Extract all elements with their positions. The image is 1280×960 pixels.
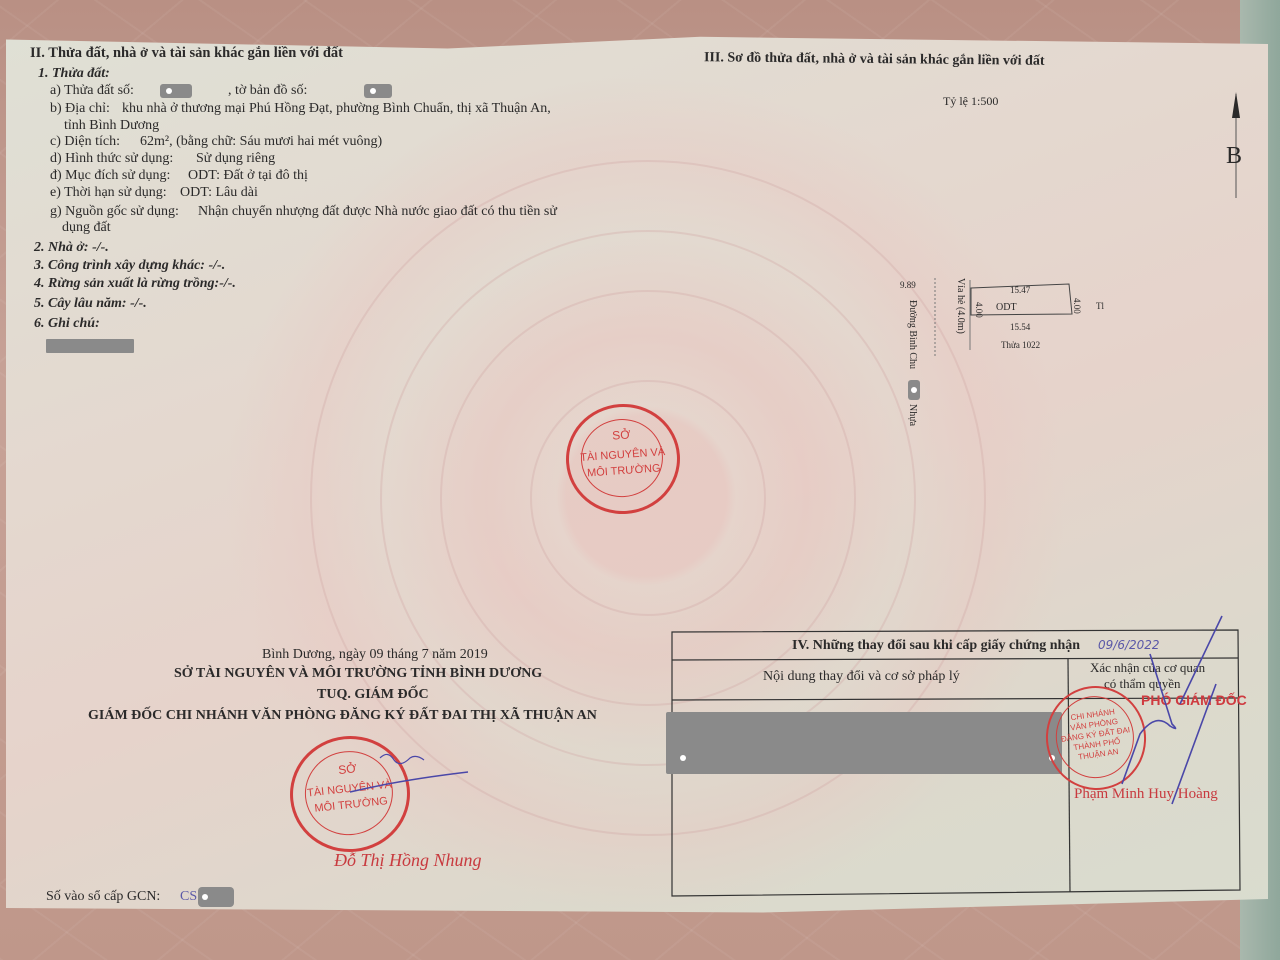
tuq-title: TUQ. GIÁM ĐỐC — [317, 687, 429, 703]
address-value-line2: tỉnh Bình Dương — [64, 118, 159, 134]
road-surface: Nhựa — [907, 404, 918, 426]
perennial-item: 5. Cây lâu năm: -/-. — [34, 296, 147, 312]
other-construction-item: 3. Công trình xây dựng khác: -/-. — [34, 258, 225, 274]
approver-name: Phạm Minh Huy Hoàng — [1074, 786, 1218, 803]
change-content-header: Nội dung thay đổi và cơ sở pháp lý — [763, 669, 960, 685]
usage-form-label: d) Hình thức sử dụng: — [50, 151, 173, 167]
usage-form-value: Sử dụng riêng — [196, 151, 275, 167]
usage-purpose-value: ODT: Đất ở tại đô thị — [188, 168, 308, 184]
road-edge-line — [930, 278, 940, 358]
handwritten-signature-right — [1110, 614, 1230, 814]
address-label: b) Địa chỉ: — [50, 101, 110, 117]
top-length: 15.47 — [1010, 285, 1030, 295]
usage-term-label: e) Thời hạn sử dụng: — [50, 185, 167, 201]
redacted-change-content — [666, 712, 1062, 774]
origin-value: Nhận chuyển nhượng đất được Nhà nước gia… — [198, 204, 557, 220]
north-label: B — [1226, 143, 1242, 170]
area-label: c) Diện tích: — [50, 134, 120, 150]
director-title: GIÁM ĐỐC CHI NHÁNH VĂN PHÒNG ĐĂNG KÝ ĐẤT… — [88, 708, 597, 724]
redacted-parcel-number — [160, 84, 192, 98]
right-width: 4.00 — [1072, 298, 1082, 314]
origin-label: g) Nguồn gốc sử dụng: — [50, 204, 179, 220]
left-dimension: 9.89 — [900, 280, 916, 290]
notes-item: 6. Ghi chú: — [34, 316, 100, 332]
neighbor-right: Tl — [1096, 301, 1104, 311]
land-heading: 1. Thửa đất: — [38, 66, 110, 82]
address-value: khu nhà ở thương mại Phú Hồng Đạt, phườn… — [122, 101, 551, 117]
usage-term-value: ODT: Lâu dài — [180, 185, 258, 201]
section4-title: IV. Những thay đổi sau khi cấp giấy chứn… — [792, 638, 1080, 654]
registry-prefix: CS — [180, 889, 197, 905]
neighbor-below: Thửa 1022 — [1001, 340, 1040, 350]
left-width: 4.00 — [974, 302, 984, 318]
handwritten-signature-left — [340, 740, 480, 800]
registry-label: Số vào sổ cấp GCN: — [46, 889, 160, 905]
parcel-number-label: a) Thửa đất số: — [50, 83, 134, 99]
area-value: 62m², (bằng chữ: Sáu mươi hai mét vuông) — [140, 134, 382, 150]
redacted-registry-number — [198, 887, 234, 907]
section2-title: II. Thửa đất, nhà ở và tài sản khác gắn … — [30, 45, 343, 62]
house-item: 2. Nhà ở: -/-. — [34, 240, 109, 256]
forest-item: 4. Rừng sản xuất là rừng trồng:-/-. — [34, 276, 236, 292]
place-date: Bình Dương, ngày 09 tháng 7 năm 2019 — [262, 647, 488, 663]
redacted-notes — [46, 339, 134, 353]
origin-value-line2: dụng đất — [62, 220, 111, 236]
road-name: Đường Bình Chu — [907, 300, 918, 369]
scale-label: Tỷ lệ 1:500 — [943, 94, 998, 109]
map-sheet-label: , tờ bản đồ số: — [228, 83, 307, 99]
redacted-map-sheet — [364, 84, 392, 98]
redacted-road-name — [908, 380, 920, 400]
issuing-org: SỞ TÀI NGUYÊN VÀ MÔI TRƯỜNG TỈNH BÌNH DƯ… — [174, 666, 542, 682]
land-code: ODT — [996, 302, 1017, 313]
usage-purpose-label: đ) Mục đích sử dụng: — [50, 168, 170, 184]
sidewalk-label: Vỉa hè (4.0m) — [955, 278, 966, 334]
bottom-length: 15.54 — [1010, 322, 1030, 332]
signer-name: Đỗ Thị Hồng Nhung — [334, 850, 482, 871]
